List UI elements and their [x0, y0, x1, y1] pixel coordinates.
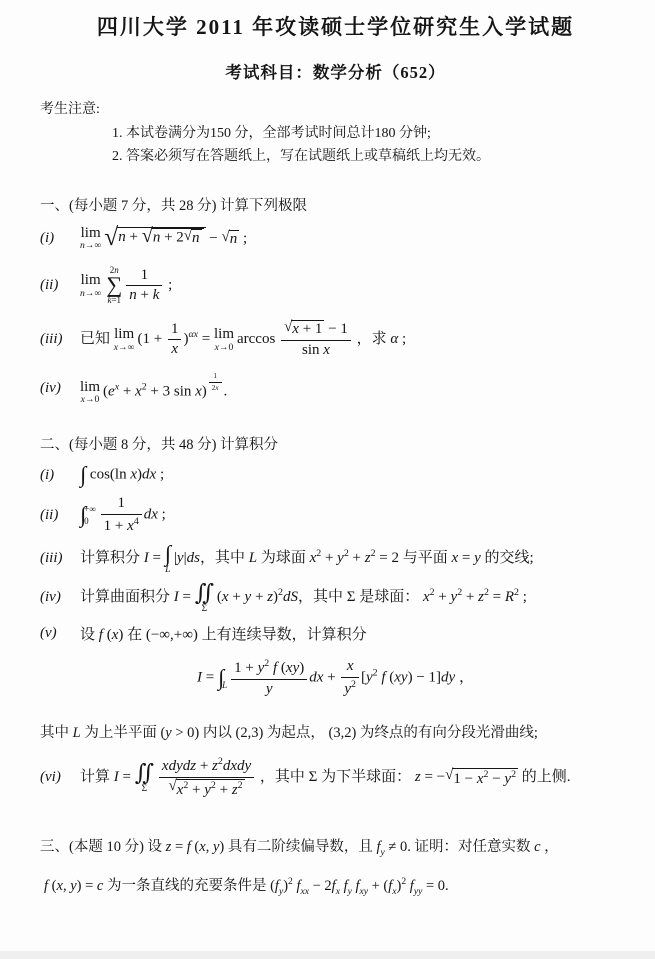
notice-item: 1. 本试卷满分为150 分，全部考试时间总计180 分钟; — [112, 123, 631, 146]
problem-formula: ∫+∞011 + x4dx ; — [80, 495, 631, 535]
problem-2-ii: (ii) ∫+∞011 + x4dx ; — [40, 495, 631, 535]
problem-1-i: (i) limn→∞√n + √n + 2√n − √n ; — [40, 226, 631, 252]
problem-label: (i) — [40, 230, 80, 247]
problem-2-v: (v) 设 f (x) 在 (−∞,+∞) 上有连续导数，计算积分 — [40, 623, 631, 644]
section-2-heading: 二、(每小题 8 分，共 48 分) 计算积分 — [40, 433, 631, 454]
problem-label: (vi) — [40, 769, 80, 786]
problem-2-iii: (iii) 计算积分 I = ∫L|y|ds，其中 L 为球面 x2 + y2 … — [40, 543, 631, 574]
problem-2-vi: (vi) 计算 I = ∬Σxdydz + z2dxdy√x2 + y2 + z… — [40, 756, 631, 799]
problem-2-v-formula: I = ∫L1 + y2 f (xy)ydx + xy2[y2 f (xy) −… — [40, 658, 631, 698]
problem-2-v-note: 其中 L 为上半平面 (y > 0) 内以 (2,3) 为起点， (3,2) 为… — [40, 721, 631, 742]
problem-2-iv: (iv) 计算曲面积分 I = ∬Σ(x + y + z)2dS，其中 Σ 是球… — [40, 582, 631, 613]
exam-subject: 考试科目：数学分析（652） — [40, 59, 631, 83]
problem-intro: 设 f (x) 在 (−∞,+∞) 上有连续导数，计算积分 — [80, 623, 631, 644]
problem-formula: ∫ cos(ln x)dx ; — [80, 464, 631, 487]
problem-label: (iii) — [40, 550, 80, 567]
problem-label: (ii) — [40, 507, 80, 524]
problem-formula: limn→∞2n∑k=11n + k ; — [80, 266, 631, 305]
problem-label: (v) — [40, 625, 80, 642]
problem-1-iii: (iii) 已知 limx→∞(1 + 1x)αx = limx→0arccos… — [40, 320, 631, 359]
exam-page: 四川大学 2011 年攻读硕士学位研究生入学试题 考试科目：数学分析（652） … — [0, 0, 655, 951]
notice-list: 1. 本试卷满分为150 分，全部考试时间总计180 分钟; 2. 答案必须写在… — [112, 123, 631, 168]
section-1-heading: 一、(每小题 7 分，共 28 分) 计算下列极限 — [40, 194, 631, 215]
problem-label: (ii) — [40, 277, 80, 294]
problem-label: (iv) — [40, 380, 80, 397]
problem-formula: limn→∞√n + √n + 2√n − √n ; — [80, 226, 631, 252]
notice-item: 2. 答案必须写在答题纸上，写在试题纸上或草稿纸上均无效。 — [112, 146, 631, 169]
section-3-line-2: f (x, y) = c 为一条直线的充要条件是 (fy)2 fxx − 2fx… — [44, 874, 631, 897]
exam-title: 四川大学 2011 年攻读硕士学位研究生入学试题 — [40, 14, 631, 40]
problem-label: (iv) — [40, 589, 80, 606]
problem-formula: 计算曲面积分 I = ∬Σ(x + y + z)2dS，其中 Σ 是球面： x2… — [80, 582, 631, 613]
problem-label: (i) — [40, 467, 80, 484]
problem-label: (iii) — [40, 331, 80, 348]
notice-label: 考生注意: — [40, 98, 631, 118]
problem-2-i: (i) ∫ cos(ln x)dx ; — [40, 464, 631, 487]
section-3-line-1: 三、(本题 10 分) 设 z = f (x, y) 具有二阶续偏导数，且 fy… — [40, 835, 631, 858]
scan-edge — [0, 951, 655, 959]
notice-block: 考生注意: 1. 本试卷满分为150 分，全部考试时间总计180 分钟; 2. … — [40, 98, 631, 168]
problem-formula: 计算 I = ∬Σxdydz + z2dxdy√x2 + y2 + z2 ，其中… — [80, 756, 631, 799]
problem-formula: 计算积分 I = ∫L|y|ds，其中 L 为球面 x2 + y2 + z2 =… — [80, 543, 631, 574]
problem-formula: 已知 limx→∞(1 + 1x)αx = limx→0arccos √x + … — [80, 320, 631, 359]
problem-formula: limx→0(ex + x2 + 3 sin x)12x. — [80, 372, 631, 405]
problem-1-iv: (iv) limx→0(ex + x2 + 3 sin x)12x. — [40, 372, 631, 405]
problem-1-ii: (ii) limn→∞2n∑k=11n + k ; — [40, 266, 631, 305]
